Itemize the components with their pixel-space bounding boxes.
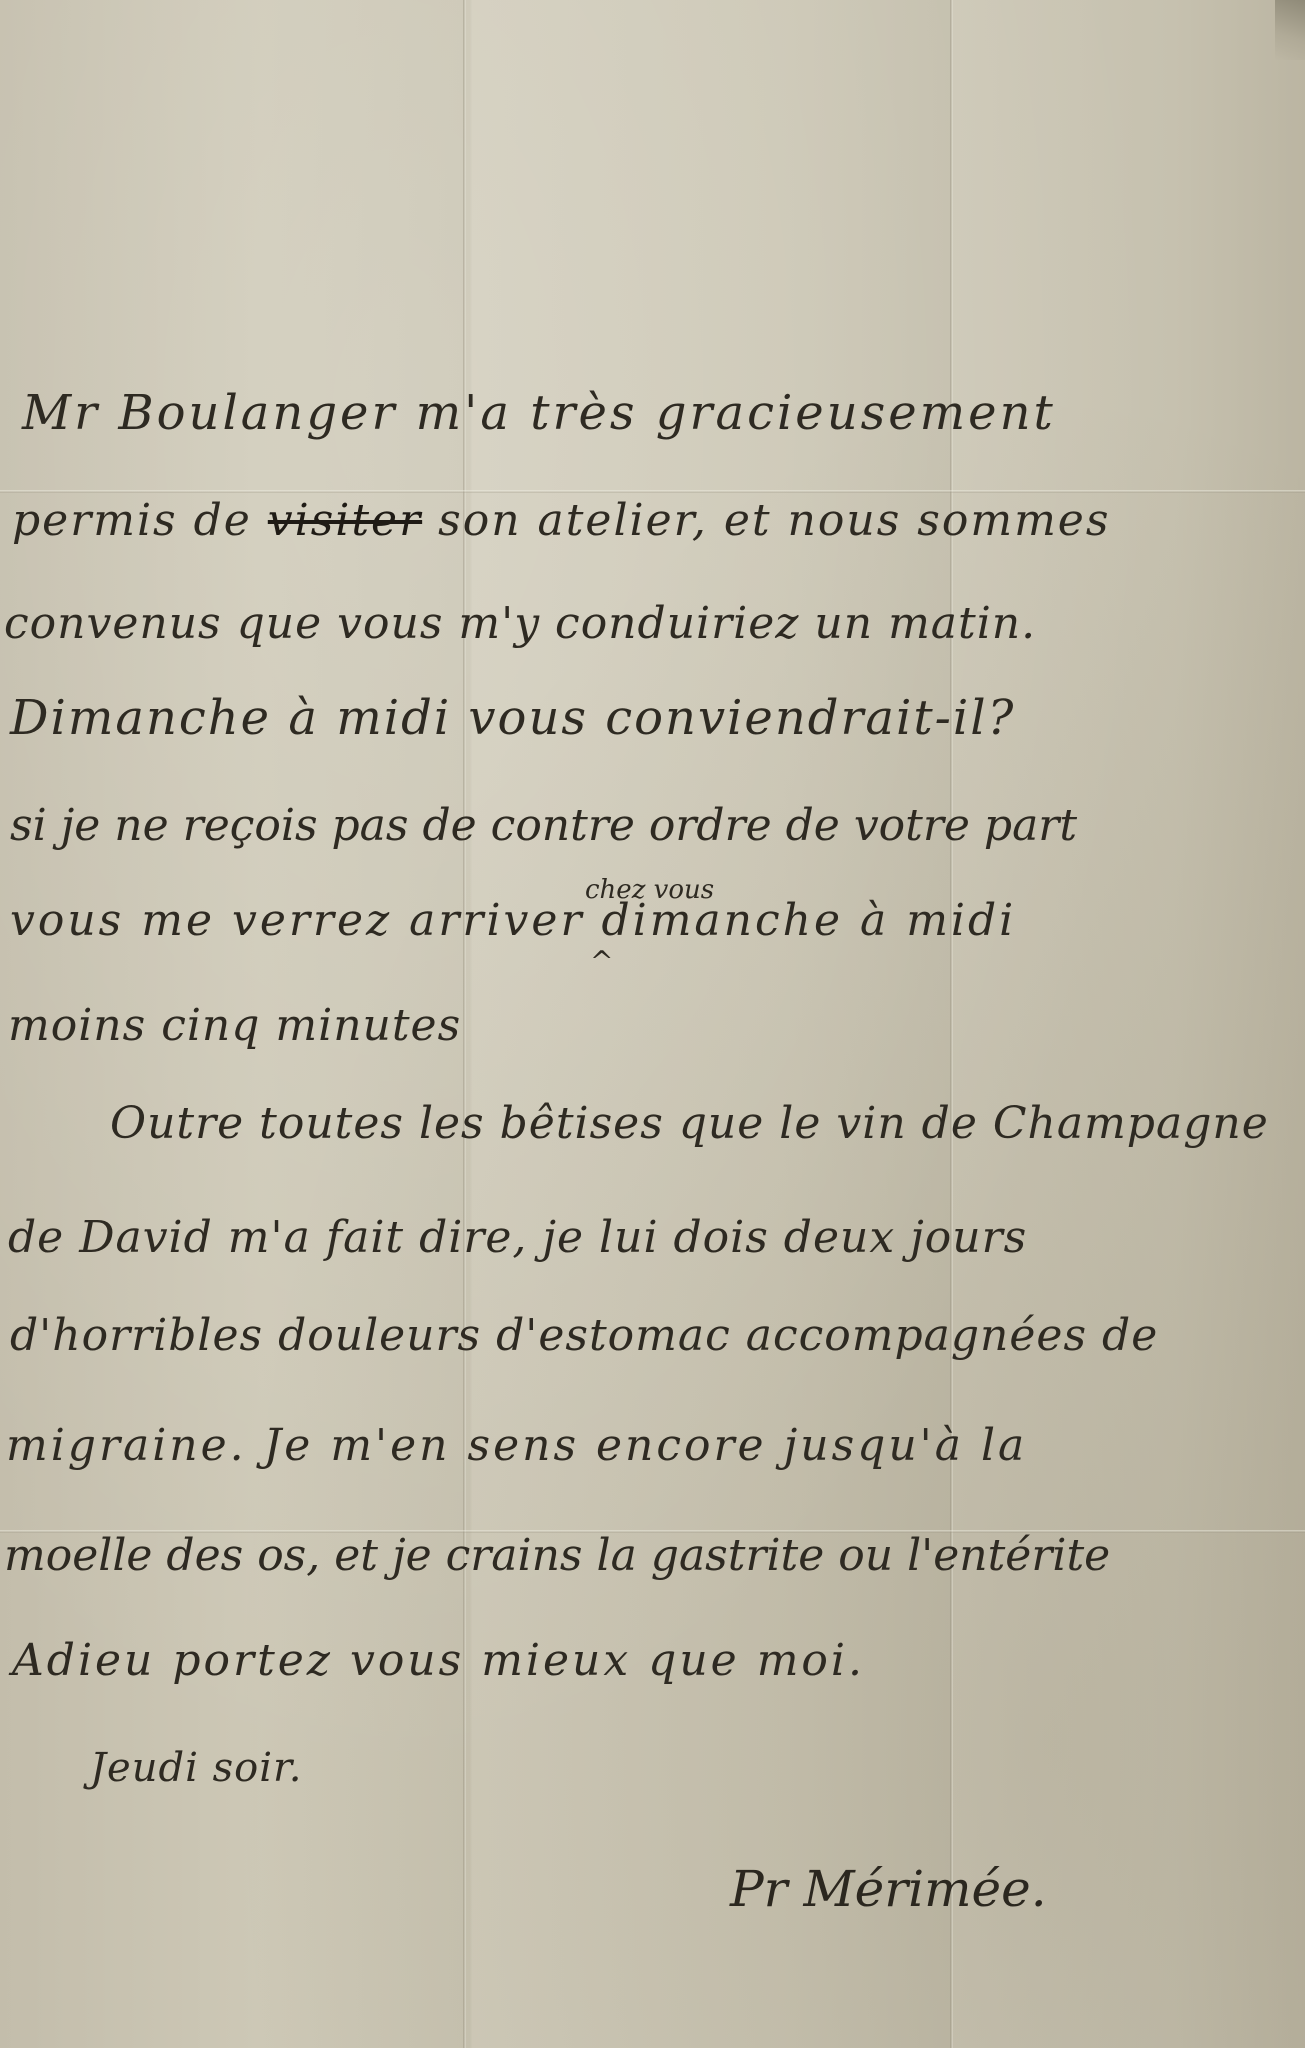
- letter-line-5: si je ne reçois pas de contre ordre de v…: [10, 800, 1077, 851]
- letter-line-3: convenus que vous m'y conduiriez un mati…: [4, 598, 1036, 649]
- line-2-end: son atelier, et nous sommes: [422, 495, 1110, 546]
- letter-line-7: moins cinq minutes: [8, 1000, 461, 1051]
- letter-line-8: Outre toutes les bêtises que le vin de C…: [10, 1098, 1269, 1149]
- letter-line-4: Dimanche à midi vous conviendrait-il?: [10, 690, 1015, 746]
- letter-line-1: Mr Boulanger m'a très gracieusement: [22, 385, 1056, 441]
- letter-line-2: permis de visiter son atelier, et nous s…: [12, 495, 1110, 546]
- letter-line-13: Adieu portez vous mieux que moi.: [12, 1635, 865, 1686]
- signature: Pr Mérimée.: [730, 1860, 1047, 1918]
- struck-word: visiter: [268, 495, 422, 546]
- letter-line-12: moelle des os, et je crains la gastrite …: [4, 1530, 1110, 1581]
- letter-line-6: vous me verrez arriver dimanche à midi: [10, 895, 1016, 946]
- letter-line-11: migraine. Je m'en sens encore jusqu'à la: [6, 1420, 1027, 1471]
- letter-line-9: de David m'a fait dire, je lui dois deux…: [8, 1212, 1027, 1263]
- horizontal-fold-top: [0, 490, 1305, 493]
- vertical-fold-right: [950, 0, 953, 2048]
- line-2-start: permis de: [12, 495, 268, 546]
- insertion-caret-icon: ^: [590, 945, 613, 978]
- dateline: Jeudi soir.: [90, 1745, 302, 1791]
- vertical-fold-left: [463, 0, 466, 2048]
- paper-corner: [1275, 0, 1305, 60]
- letter-line-10: d'horribles douleurs d'estomac accompagn…: [10, 1310, 1158, 1361]
- letter-paper: Mr Boulanger m'a très gracieusement perm…: [0, 0, 1305, 2048]
